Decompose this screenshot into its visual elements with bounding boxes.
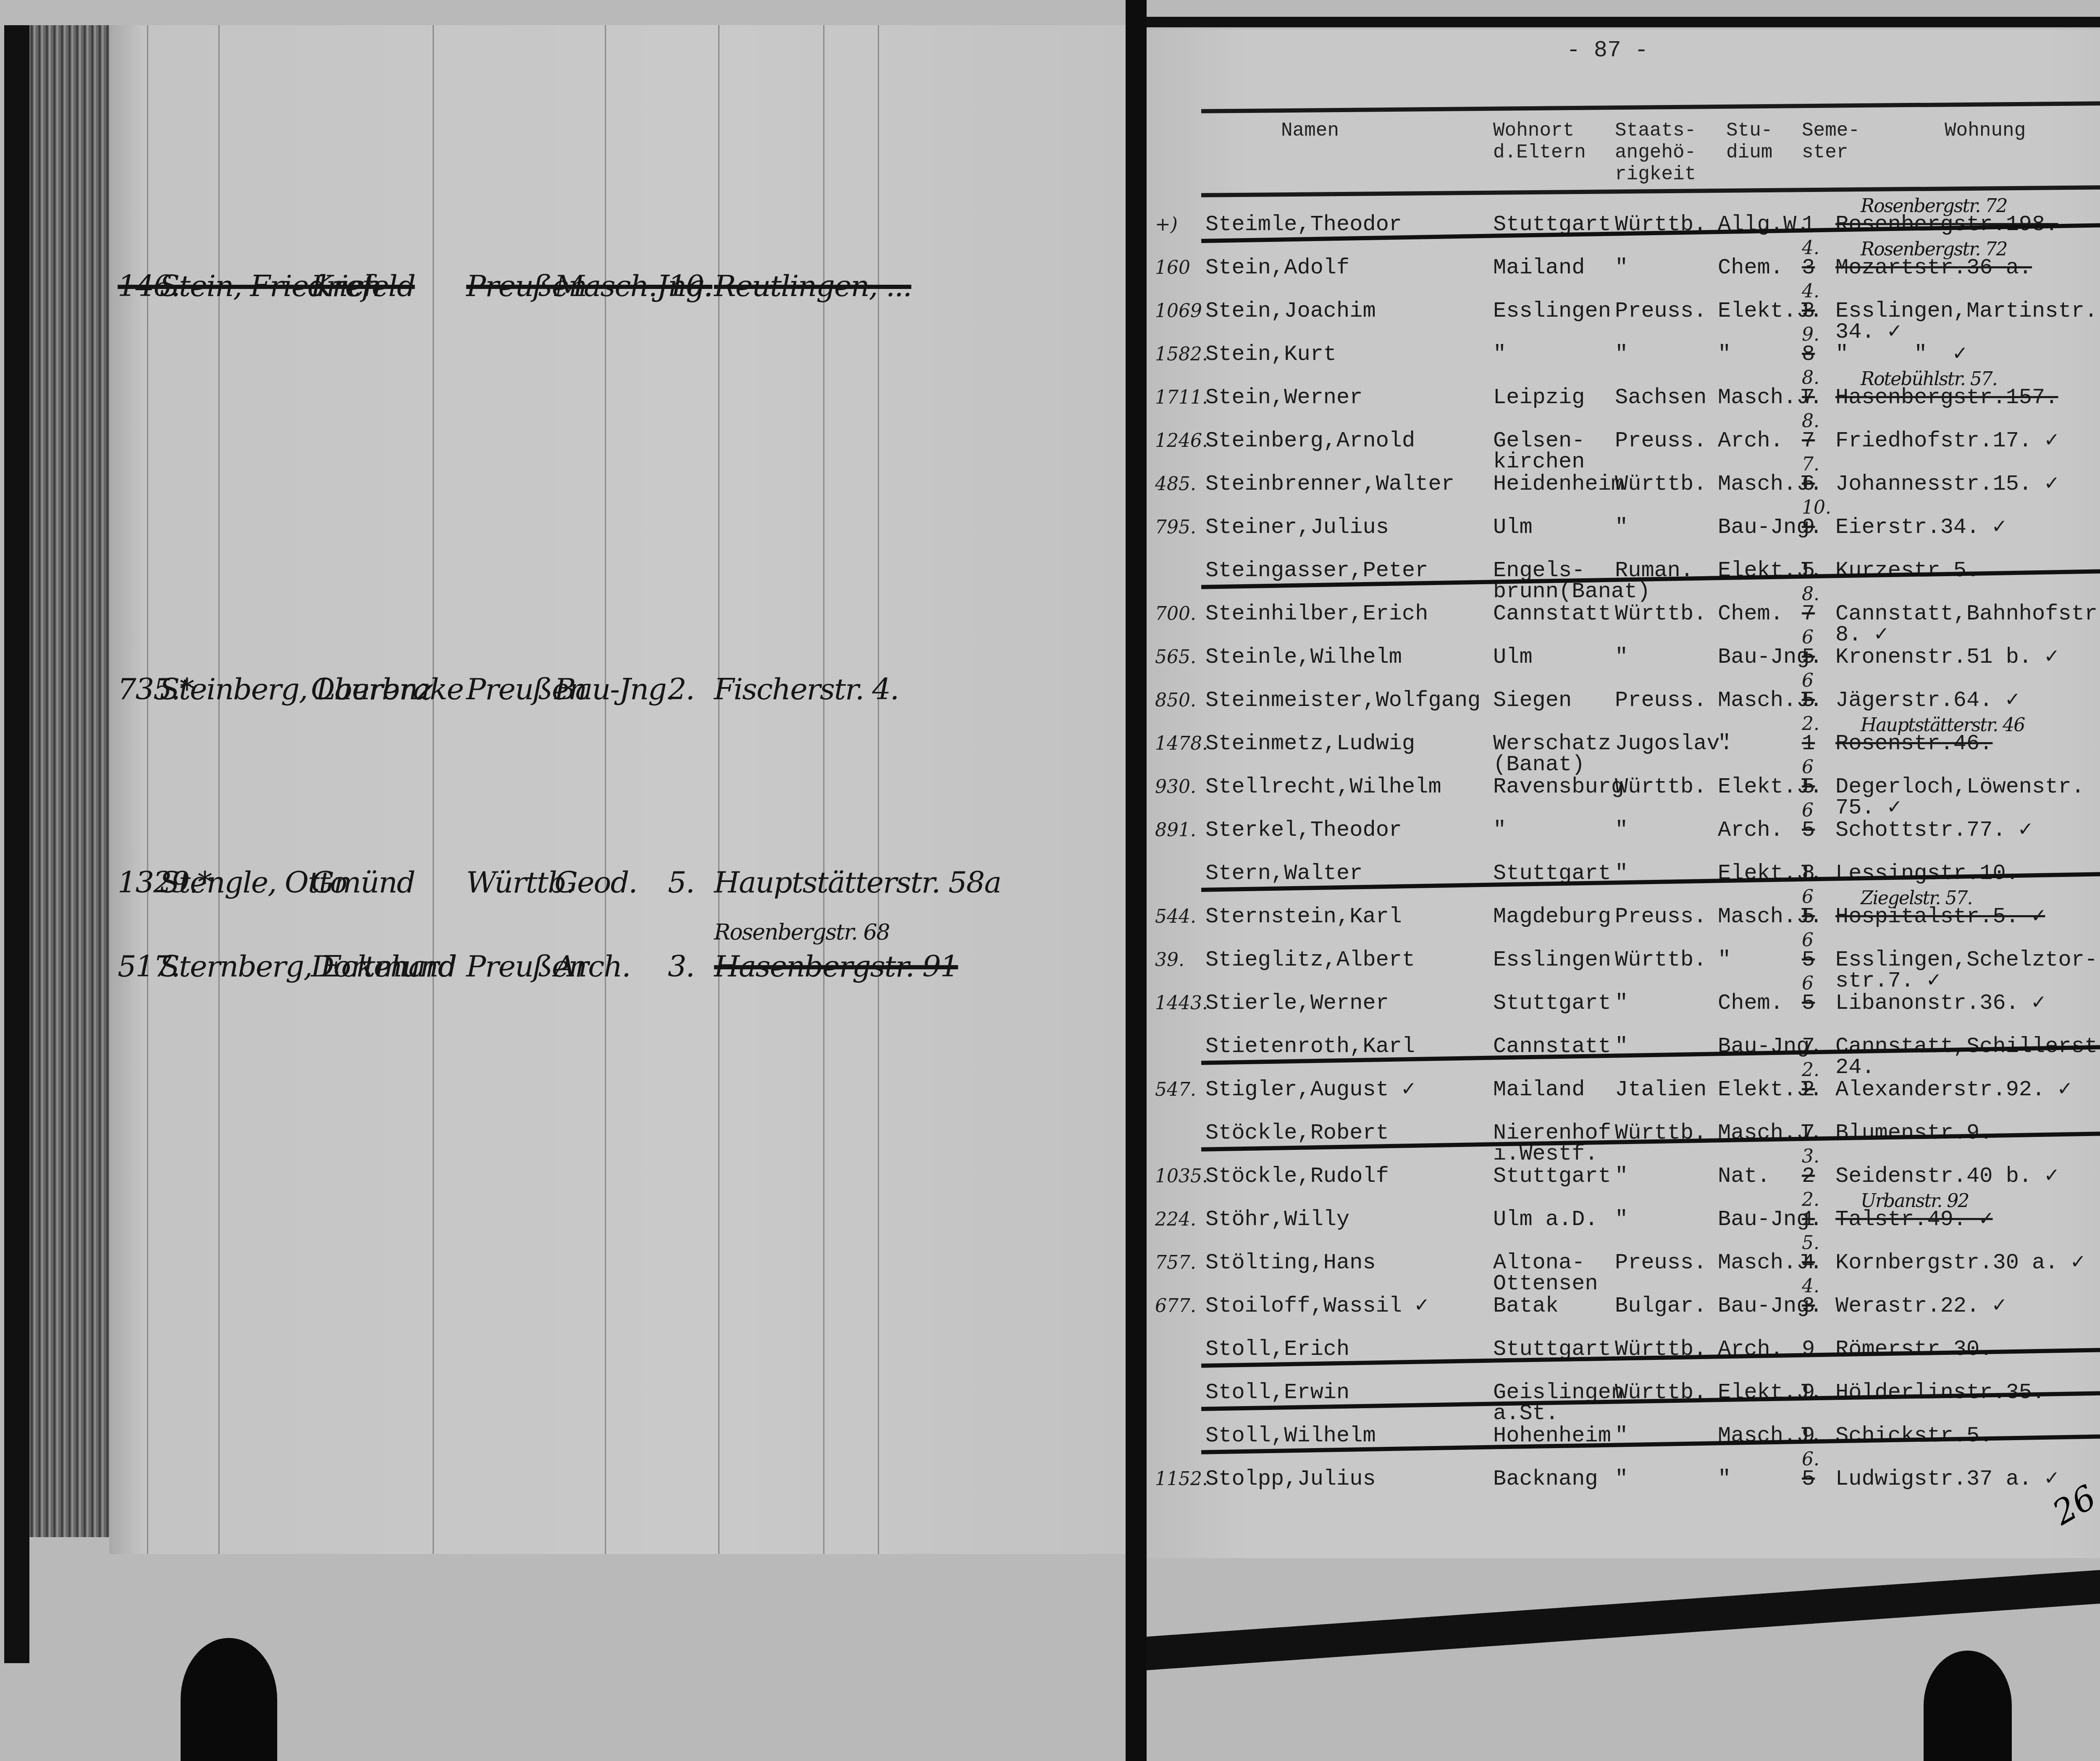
cell-wohnort: Ulm a.D. [1493, 1209, 1598, 1230]
entry-wohnung: Fischerstr. 4. [714, 672, 898, 706]
cell-staat: Preuss. [1615, 1252, 1706, 1273]
cell-wohnung: Kronenstr.51 b. ✓ [1835, 647, 2058, 668]
cell-wohnung: Esslingen,Martinstr. 34. ✓ [1835, 301, 2097, 343]
entry-wohnort: Oberbrake [311, 672, 463, 706]
cell-num: 1069 [1155, 301, 1202, 322]
cell-name: Steingasser,Peter [1205, 560, 1428, 581]
entry-wohnung: Hauptstätterstr. 58a [714, 865, 1001, 900]
column-rule [823, 25, 824, 1554]
cell-wohnung: Römerstr.30. [1835, 1339, 1992, 1360]
cell-sem: 9 [1802, 517, 1815, 538]
cell-wohnung: Degerloch,Löwenstr. 75. ✓ [1835, 777, 2084, 819]
cell-wohnung: " " ✓ [1835, 344, 1966, 365]
cell-sem: 8 [1802, 344, 1815, 365]
cell-sem: 5 [1802, 1469, 1815, 1490]
cell-staat: " [1615, 1209, 1628, 1230]
table-row: 1152.Stolpp,JuliusBacknang""6.5Ludwigstr… [1147, 1469, 2100, 1515]
table-row: 700.Steinhilber,ErichCannstattWürttb.Che… [1147, 604, 2100, 650]
entry-semester: 10. [668, 269, 712, 303]
cell-staat: Sachsen [1615, 387, 1706, 408]
cell-sem: 9 [1802, 1339, 1815, 1360]
cell-num: 850. [1155, 690, 1196, 711]
cell-wohnort: Cannstatt [1493, 604, 1611, 625]
cell-staat: " [1615, 1469, 1628, 1490]
cell-staat: " [1615, 993, 1628, 1014]
cell-wohnort: Stuttgart [1493, 1339, 1611, 1360]
cell-studium: Arch. [1718, 820, 1783, 841]
table-row: Stöckle,RobertNierenhof i.Westf.Württb.M… [1147, 1123, 2100, 1169]
cell-wohnung: Hölderlinstr.35. [1835, 1382, 2045, 1403]
cell-wohnort: Magdeburg [1493, 906, 1611, 927]
cell-sem: 3 [1802, 257, 1815, 278]
cell-studium: Chem. [1718, 604, 1783, 625]
entry-wohnung: Reutlingen, ... [714, 269, 911, 303]
cell-sem: 5 [1802, 950, 1815, 971]
cell-sem: 5 [1802, 560, 1815, 581]
cell-wohnort: Gelsen- kirchen [1493, 430, 1585, 472]
cell-staat: Preuss. [1615, 690, 1706, 711]
cell-wohnort: " [1493, 344, 1506, 365]
cell-staat: Preuss. [1615, 906, 1706, 927]
cell-wohnung: Cannstatt,Schillerstr. 24. [1835, 1036, 2100, 1078]
table-row: Steingasser,PeterEngels- brunn(Banat)Rum… [1147, 560, 2100, 606]
cell-staat: " [1615, 344, 1628, 365]
handwritten-entry: 1329.*Stengle, OttoGmündWürttb.Geod.5.Ha… [109, 865, 1126, 916]
cell-num: 224. [1155, 1209, 1196, 1230]
cell-wohnort: Heidenheim [1493, 474, 1624, 495]
table-row: 757.Stölting,HansAltona- OttensenPreuss.… [1147, 1252, 2100, 1299]
cell-studium: Chem. [1718, 993, 1783, 1014]
cell-wohnung: Cannstatt,Bahnhofstr. 8. ✓ [1835, 604, 2100, 646]
entry-wohnung: Hasenbergstr. 91 [714, 949, 958, 984]
cell-staat: " [1615, 257, 1628, 278]
cell-name: Steinberg,Arnold [1205, 430, 1415, 451]
table-row: 1478.Steinmetz,LudwigWerschatz (Banat)Ju… [1147, 733, 2100, 779]
book-spine [1126, 0, 1147, 1761]
thumb-right [1924, 1651, 2012, 1761]
column-rule [718, 25, 719, 1554]
cell-wohnung: Seidenstr.40 b. ✓ [1835, 1166, 2058, 1187]
cell-wohnort: Mailand [1493, 1079, 1585, 1100]
cell-staat: Württb. [1615, 950, 1706, 971]
cell-wohnung: Werastr.22. ✓ [1835, 1296, 2006, 1317]
cell-staat: " [1615, 1166, 1628, 1187]
cell-name: Stoll,Wilhelm [1205, 1425, 1376, 1446]
cell-name: Sternstein,Karl [1205, 906, 1402, 927]
thumb-left [181, 1638, 277, 1761]
cell-wohnung: Schickstr.5. [1835, 1425, 1992, 1446]
cell-num: +) [1155, 214, 1178, 235]
cell-wohnung: Kornbergstr.30 a. ✓ [1835, 1252, 2084, 1273]
cell-sem: 7 [1802, 387, 1815, 408]
cell-wohnort: Stuttgart [1493, 993, 1611, 1014]
cell-wohnort: Nierenhof i.Westf. [1493, 1123, 1611, 1165]
cell-wohnung: Ludwigstr.37 a. ✓ [1835, 1469, 2058, 1490]
cell-sem: 5 [1802, 906, 1815, 927]
cell-name: Stein,Adolf [1205, 257, 1349, 278]
page-edges [29, 25, 109, 1537]
cell-wohnort: Altona- Ottensen [1493, 1252, 1598, 1294]
entry-wohnung-correction: Rosenbergstr. 68 [714, 920, 890, 945]
cell-num: 1711. [1155, 387, 1208, 408]
entry-wohnort: Gmünd [311, 865, 415, 900]
cell-sem: 7 [1802, 1123, 1815, 1144]
header-wohnort: Wohnort d.Eltern [1493, 120, 1586, 163]
header-top-rule [1201, 101, 2100, 113]
cell-staat: Württb. [1615, 777, 1706, 798]
column-rule [605, 25, 606, 1554]
entry-semester: 3. [668, 949, 694, 984]
table-row: 160Stein,AdolfMailand"Chem.4.3Rosenbergs… [1147, 257, 2100, 304]
cell-num: 1443. [1155, 993, 1208, 1014]
cell-num: 160 [1155, 257, 1190, 278]
cell-wohnung: Lessingstr.10. [1835, 863, 2019, 884]
cell-name: Steiner,Julius [1205, 517, 1389, 538]
cell-studium: Allg.W. [1718, 214, 1809, 235]
cell-name: Stern,Walter [1205, 863, 1362, 884]
cell-wohnort: Mailand [1493, 257, 1585, 278]
cell-studium: " [1718, 950, 1731, 971]
cell-name: Stöckle,Rudolf [1205, 1166, 1389, 1187]
cell-wohnort: Stuttgart [1493, 863, 1611, 884]
cell-name: Steinhilber,Erich [1205, 604, 1428, 625]
cell-staat: " [1615, 863, 1628, 884]
table-row: 1069Stein,JoachimEsslingenPreuss.Elekt.J… [1147, 301, 2100, 347]
cell-num: 930. [1155, 777, 1196, 798]
cell-name: Steinmeister,Wolfgang [1205, 690, 1480, 711]
cell-wohnung: Friedhofstr.17. ✓ [1835, 430, 2058, 451]
cell-staat: " [1615, 647, 1628, 668]
cell-wohnort: Ulm [1493, 517, 1533, 538]
cell-num: 677. [1155, 1296, 1196, 1317]
table-row: Stoll,WilhelmHohenheim"Masch.J.9Schickst… [1147, 1425, 2100, 1472]
handwritten-entry: 735.*Steinberg, LaurenzOberbrakePreußenB… [109, 672, 1126, 722]
table-row: 1711.Stein,WernerLeipzigSachsenMasch.J.8… [1147, 387, 2100, 433]
cell-studium: " [1718, 344, 1731, 365]
cell-staat: " [1615, 517, 1628, 538]
cell-wohnung: Kurzestr.5. [1835, 560, 1979, 581]
entry-studium: Bau-Jng. [554, 672, 675, 706]
cell-staat: Württb. [1615, 1339, 1706, 1360]
header-staat: Staats- angehö- rigkeit [1615, 120, 1696, 185]
table-row: 1443.Stierle,WernerStuttgart"Chem.65Liba… [1147, 993, 2100, 1039]
cell-wohnort: Stuttgart [1493, 214, 1611, 235]
cell-sem: 7 [1802, 1036, 1815, 1057]
cell-name: Stigler,August ✓ [1205, 1079, 1415, 1100]
table-row: 547.Stigler,August ✓MailandJtalienElekt.… [1147, 1079, 2100, 1126]
column-rule [433, 25, 434, 1554]
page-number: - 87 - [1567, 38, 1648, 63]
cell-sem: 2 [1802, 1166, 1815, 1187]
header-namen: Namen [1281, 120, 1339, 142]
cell-num: 547. [1155, 1079, 1196, 1100]
cell-name: Stein,Werner [1205, 387, 1362, 408]
cell-name: Stöhr,Willy [1205, 1209, 1349, 1230]
table-row: 39.Stieglitz,AlbertEsslingenWürttb."65Es… [1147, 950, 2100, 996]
cell-num: 1035. [1155, 1166, 1208, 1187]
right-page: - 87 - Namen Wohnort d.Eltern Staats- an… [1147, 29, 2100, 1558]
entry-studium: Geod. [554, 865, 637, 900]
cell-wohnort: " [1493, 820, 1506, 841]
cell-sem: 3 [1802, 1296, 1815, 1317]
cell-staat: Jtalien [1615, 1079, 1706, 1100]
table-row: 677.Stoiloff,Wassil ✓BatakBulgar.Bau-Jng… [1147, 1296, 2100, 1342]
cell-sem: 4 [1802, 1252, 1815, 1273]
table-row: 795.Steiner,JuliusUlm"Bau-Jng.10.9Eierst… [1147, 517, 2100, 563]
cell-sem: 5 [1802, 820, 1815, 841]
cell-wohnung: Jägerstr.64. ✓ [1835, 690, 2019, 711]
cell-wohnung: Eierstr.34. ✓ [1835, 517, 2006, 538]
cell-sem: 7 [1802, 604, 1815, 625]
cell-staat: Bulgar. [1615, 1296, 1706, 1317]
header-semester: Seme- ster [1802, 120, 1860, 163]
entry-semester: 2. [668, 672, 694, 706]
cell-name: Stoll,Erwin [1205, 1382, 1349, 1403]
cell-sem: 8 [1802, 863, 1815, 884]
cell-wohnort: Ulm [1493, 647, 1533, 668]
cell-wohnung: Johannesstr.15. ✓ [1835, 474, 2058, 495]
table-row: 565.Steinle,WilhelmUlm"Bau-Jng.65Kronens… [1147, 647, 2100, 693]
cell-sem: 5 [1802, 993, 1815, 1014]
cell-staat: Württb. [1615, 604, 1706, 625]
column-rule [878, 25, 879, 1554]
cell-name: Stieglitz,Albert [1205, 950, 1415, 971]
cell-wohnung: Rosenstr.46. [1835, 733, 1992, 754]
cell-sem: 6 [1802, 474, 1815, 495]
cell-wohnort: Stuttgart [1493, 1166, 1611, 1187]
cell-wohnort: Esslingen [1493, 301, 1611, 322]
cell-name: Sterkel,Theodor [1205, 820, 1402, 841]
cell-name: Stellrecht,Wilhelm [1205, 777, 1441, 798]
cell-sem: 2 [1802, 1079, 1815, 1100]
cell-studium: " [1718, 733, 1731, 754]
cell-sem: 3 [1802, 301, 1815, 322]
cell-name: Stein,Joachim [1205, 301, 1376, 322]
cell-wohnung: Esslingen,Schelztor- str.7. ✓ [1835, 950, 2097, 992]
cell-sem: 5 [1802, 690, 1815, 711]
cell-num: 1246. [1155, 430, 1208, 451]
cell-wohnort: Werschatz (Banat) [1493, 733, 1611, 775]
table-row: 1246.Steinberg,ArnoldGelsen- kirchenPreu… [1147, 430, 2100, 477]
cell-sem: 9 [1802, 1382, 1815, 1403]
cell-wohnung: Schottstr.77. ✓ [1835, 820, 2032, 841]
table-row: 224.Stöhr,WillyUlm a.D."Bau-Jng.2.1Urban… [1147, 1209, 2100, 1255]
cell-wohnort: Ravensburg [1493, 777, 1624, 798]
entry-studium: Arch. [554, 949, 630, 984]
cell-wohnung: Talstr.49. ✓ [1835, 1209, 1993, 1230]
binding-frame-top-right [1147, 17, 2100, 27]
cell-wohnort: Esslingen [1493, 950, 1611, 971]
cell-num: 795. [1155, 517, 1196, 538]
cell-wohnort: Siegen [1493, 690, 1572, 711]
entry-semester: 5. [668, 865, 694, 900]
cell-wohnort: Batak [1493, 1296, 1559, 1317]
cell-staat: Württb. [1615, 1382, 1706, 1403]
cell-num: 1582. [1155, 344, 1208, 365]
cell-staat: " [1615, 1036, 1628, 1057]
cell-staat: " [1615, 1425, 1628, 1446]
cell-wohnort: Geislingen a.St. [1493, 1382, 1624, 1424]
cell-wohnung: Hasenbergstr.157. [1835, 387, 2058, 408]
cell-num: 700. [1155, 604, 1196, 625]
cell-wohnung: Blumenstr.9. [1835, 1123, 1992, 1144]
handwritten-entry: 517.Sternberg, EckehardDortmundPreußenAr… [109, 949, 1126, 1000]
cell-name: Stoll,Erich [1205, 1339, 1349, 1360]
cell-num: 1152. [1155, 1469, 1208, 1490]
cell-name: Stoiloff,Wassil ✓ [1205, 1296, 1428, 1317]
entry-wohnort: Dortmund [311, 949, 456, 984]
cell-studium: Chem. [1718, 257, 1783, 278]
cell-num: 544. [1155, 906, 1196, 927]
cell-studium: Arch. [1718, 430, 1783, 451]
cell-sem: 1 [1802, 1209, 1815, 1230]
cell-wohnort: Hohenheim [1493, 1425, 1611, 1446]
cell-name: Steinle,Wilhelm [1205, 647, 1402, 668]
header-wohnung: Wohnung [1945, 120, 2026, 142]
table-row: 891.Sterkel,Theodor""Arch.65Schottstr.77… [1147, 820, 2100, 866]
cell-name: Steinmetz,Ludwig [1205, 733, 1415, 754]
table-row: Stoll,ErichStuttgartWürttb.Arch.9Römerst… [1147, 1339, 2100, 1385]
cell-staat: Preuss. [1615, 430, 1706, 451]
left-page: 146.Stein, FriedrichKrefeldPreußenMasch.… [109, 25, 1126, 1554]
cell-sem: 5 [1802, 647, 1815, 668]
cell-name: Stölting,Hans [1205, 1252, 1376, 1273]
cell-wohnung: Mozartstr.36 a. [1835, 257, 2032, 278]
cell-sem: 7 [1802, 430, 1815, 451]
cell-wohnung: Hospitalstr.5. ✓ [1835, 906, 2045, 927]
cell-num: 891. [1155, 820, 1196, 841]
cell-staat: Württb. [1615, 1123, 1706, 1144]
cell-sem: 9 [1802, 1425, 1815, 1446]
column-rule [218, 25, 220, 1554]
cell-name: Stierle,Werner [1205, 993, 1389, 1014]
cell-name: Stein,Kurt [1205, 344, 1336, 365]
cell-num: 485. [1155, 474, 1196, 495]
cell-wohnort: Cannstatt [1493, 1036, 1611, 1057]
cell-name: Stöckle,Robert [1205, 1123, 1389, 1144]
cell-studium: Arch. [1718, 1339, 1783, 1360]
cell-name: Steimle,Theodor [1205, 214, 1402, 235]
handwritten-entry: 146.Stein, FriedrichKrefeldPreußenMasch.… [109, 269, 1126, 319]
cell-wohnung: Rosenbergstr.198. [1835, 214, 2058, 235]
binding-frame-left [4, 25, 29, 1663]
table-row: Stoll,ErwinGeislingen a.St.Württb.Elekt.… [1147, 1382, 2100, 1428]
cell-staat: Preuss. [1615, 301, 1706, 322]
cell-wohnung: Alexanderstr.92. ✓ [1835, 1079, 2071, 1100]
cell-sem: 1 [1802, 733, 1815, 754]
cell-num: 1478. [1155, 733, 1208, 754]
cell-wohnung: Libanonstr.36. ✓ [1835, 993, 2045, 1014]
cell-staat: Württb. [1615, 214, 1706, 235]
cell-name: Stietenroth,Karl [1205, 1036, 1415, 1057]
cell-name: Stolpp,Julius [1205, 1469, 1376, 1490]
cell-sem: 5 [1802, 777, 1815, 798]
cell-wohnort: Backnang [1493, 1469, 1598, 1490]
table-row: 544.Sternstein,KarlMagdeburgPreuss.Masch… [1147, 906, 2100, 953]
cell-name: Steinbrenner,Walter [1205, 474, 1454, 495]
cell-staat: Jugoslav. [1615, 733, 1733, 754]
cell-staat: Württb. [1615, 474, 1706, 495]
cell-num: 757. [1155, 1252, 1196, 1273]
cell-num: 39. [1155, 950, 1184, 971]
table-row: 485.Steinbrenner,WalterHeidenheimWürttb.… [1147, 474, 2100, 520]
cell-sem: 1 [1802, 214, 1815, 235]
header-studium: Stu- dium [1726, 120, 1772, 163]
cell-num: 565. [1155, 647, 1196, 668]
entry-wohnort: Krefeld [311, 269, 415, 303]
table-row: 930.Stellrecht,WilhelmRavensburgWürttb.E… [1147, 777, 2100, 823]
cell-staat: " [1615, 820, 1628, 841]
cell-studium: Nat. [1718, 1166, 1770, 1187]
register-table: +)Steimle,TheodorStuttgartWürttb.Allg.W.… [1147, 214, 2100, 1516]
cell-studium: " [1718, 1469, 1731, 1490]
column-rule [147, 25, 148, 1554]
cell-staat: Ruman. [1615, 560, 1693, 581]
table-row: Stietenroth,KarlCannstatt"Bau-Jng.7Canns… [1147, 1036, 2100, 1082]
cell-wohnort: Leipzig [1493, 387, 1585, 408]
